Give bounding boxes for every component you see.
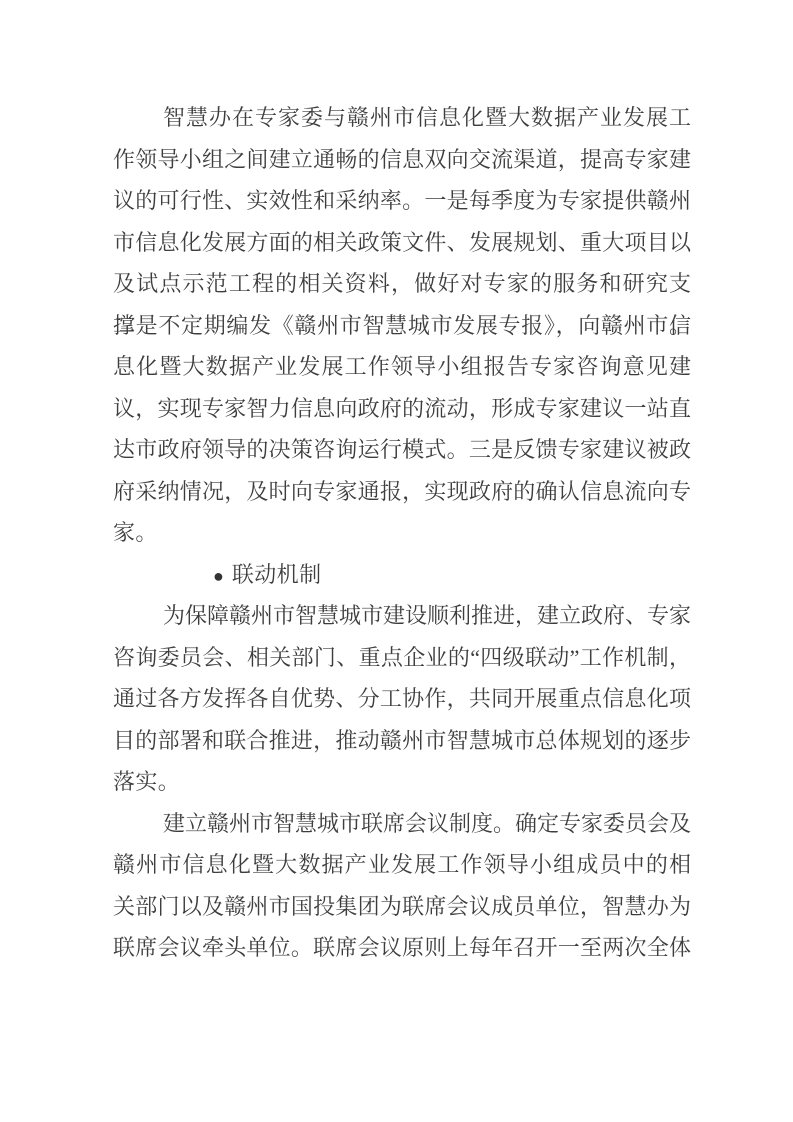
bullet-heading: ●联动机制 — [113, 554, 691, 596]
document-page: 智慧办在专家委与赣州市信息化暨大数据产业发展工作领导小组之间建立通畅的信息双向交… — [0, 0, 793, 1122]
text-line: 关部门以及赣州市国投集团为联席会议成员单位，智慧办为 — [113, 886, 691, 928]
text-line: 通过各方发挥各自优势、分工协作，共同开展重点信息化项 — [113, 678, 691, 720]
text-line: 落实。 — [113, 761, 691, 803]
text-line: 作领导小组之间建立通畅的信息双向交流渠道，提高专家建 — [113, 139, 691, 181]
text-line: 智慧办在专家委与赣州市信息化暨大数据产业发展工 — [113, 97, 691, 139]
text-line: 达市政府领导的决策咨询运行模式。三是反馈专家建议被政 — [113, 429, 691, 471]
text-line: 联席会议牵头单位。联席会议原则上每年召开一至两次全体 — [113, 927, 691, 969]
text-line: 府采纳情况，及时向专家通报，实现政府的确认信息流向专 — [113, 471, 691, 513]
filled-circle-bullet-icon: ● — [163, 556, 224, 598]
text-line: 议的可行性、实效性和采纳率。一是每季度为专家提供赣州 — [113, 180, 691, 222]
text-line: 二是不定期编发《赣州市智慧城市发展专报》，向赣州市信 — [113, 305, 691, 347]
bullet-heading-label: 联动机制 — [232, 562, 322, 587]
paragraph: 建立赣州市智慧城市联席会议制度。确定专家委员会及赣州市信息化暨大数据产业发展工作… — [113, 803, 691, 969]
text-line: 建立赣州市智慧城市联席会议制度。确定专家委员会及 — [113, 803, 691, 845]
text-line: 议，实现专家智力信息向政府的流动，形成专家建议一站直 — [113, 388, 691, 430]
text-line: 目的部署和联合推进，推动赣州市智慧城市总体规划的逐步 — [113, 720, 691, 762]
text-line: 及试点示范工程的相关资料，做好对专家的服务和研究支撑。 — [113, 263, 691, 305]
paragraph: 智慧办在专家委与赣州市信息化暨大数据产业发展工作领导小组之间建立通畅的信息双向交… — [113, 97, 691, 554]
document-content: 智慧办在专家委与赣州市信息化暨大数据产业发展工作领导小组之间建立通畅的信息双向交… — [113, 97, 691, 969]
bullet-heading-line: ●联动机制 — [113, 554, 691, 596]
text-line: 赣州市信息化暨大数据产业发展工作领导小组成员中的相 — [113, 844, 691, 886]
text-line: 为保障赣州市智慧城市建设顺利推进，建立政府、专家 — [113, 595, 691, 637]
paragraph: 为保障赣州市智慧城市建设顺利推进，建立政府、专家咨询委员会、相关部门、重点企业的… — [113, 595, 691, 803]
text-line: 家。 — [113, 512, 691, 554]
text-line: 市信息化发展方面的相关政策文件、发展规划、重大项目以 — [113, 222, 691, 264]
text-line: 息化暨大数据产业发展工作领导小组报告专家咨询意见建 — [113, 346, 691, 388]
text-line: 咨询委员会、相关部门、重点企业的“四级联动”工作机制， — [113, 637, 691, 679]
